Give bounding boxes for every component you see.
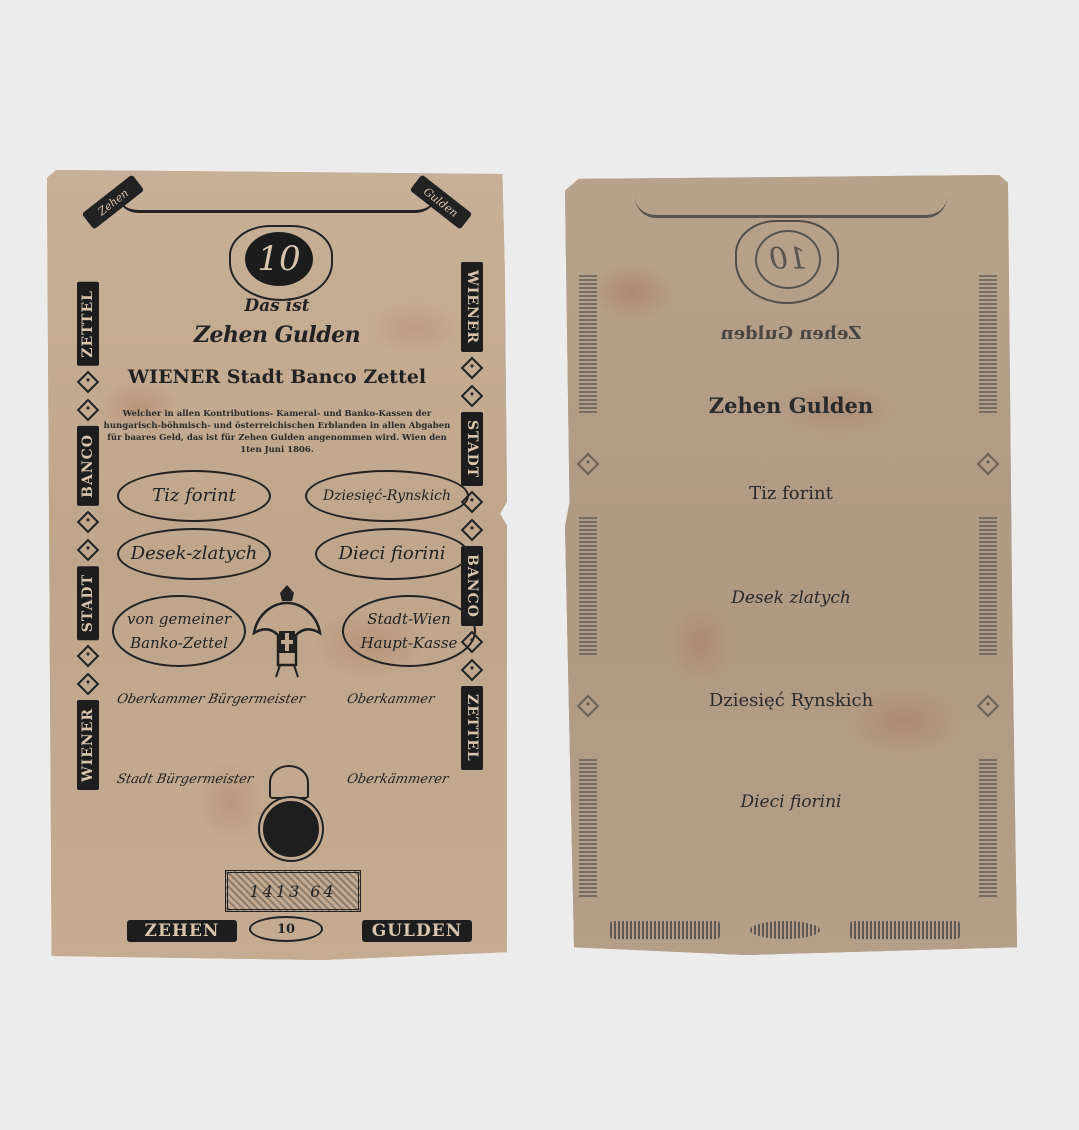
side-word: STADT: [461, 412, 483, 486]
diamond-ornament-icon: [77, 672, 100, 695]
left-border-band: [577, 255, 599, 915]
back-line-polish: Dziesięć Rynskich: [565, 690, 1017, 711]
mirrored-denomination: 10: [755, 230, 821, 289]
double-eagle-crest-icon: [252, 585, 322, 680]
bottom-label-left: ZEHEN: [127, 920, 237, 942]
border-bar: [579, 757, 597, 897]
diamond-ornament-icon: [77, 510, 100, 533]
bottom-band-left: [610, 921, 720, 939]
signature-1: Oberkammer Bürgermeister: [115, 690, 307, 710]
das-ist-text: Das ist: [47, 296, 507, 316]
oval-italian: Dieci fiorini: [315, 528, 469, 580]
diamond-ornament-icon: [461, 659, 484, 682]
border-bar: [579, 515, 597, 655]
diamond-ornament-icon: [461, 385, 484, 408]
diamond-ornament-icon: [77, 538, 100, 561]
back-line-hungarian: Tiz forint: [565, 483, 1017, 504]
back-line-czech: Desek zlatych: [565, 588, 1017, 608]
diamond-ornament-icon: [77, 644, 100, 667]
signature-4: Oberkämmerer: [345, 770, 450, 790]
bottom-band-center: [750, 921, 820, 939]
oval-czech: Desek-zlatych: [117, 528, 271, 580]
right-border-band: [977, 255, 999, 915]
show-through-text: Zehen Gulden: [565, 323, 1017, 344]
back-line-german: Zehen Gulden: [565, 393, 1017, 418]
bottom-label-right: GULDEN: [362, 920, 472, 942]
bottom-denomination: 10: [249, 916, 323, 942]
oval-polish: Dziesięć-Rynskich: [305, 470, 469, 522]
banknote-front: Zehen Gulden WIENER STADT BANCO ZETTEL W…: [47, 170, 507, 960]
legal-text: Welcher in allen Kontributions- Kameral-…: [97, 408, 457, 456]
value-words: Zehen Gulden: [47, 322, 507, 348]
top-scroll-ornament: [635, 197, 947, 218]
diamond-ornament-icon: [977, 453, 1000, 476]
banknote-back: 10 Zehen Gulden Zehen Gulden Tiz forint …: [565, 175, 1017, 955]
crown-icon: [269, 765, 309, 799]
oval-hungarian: Tiz forint: [117, 470, 271, 522]
note-title: WIENER Stadt Banco Zettel: [47, 366, 507, 388]
side-word: ZETTEL: [461, 686, 483, 770]
signature-2: Oberkammer: [345, 690, 436, 710]
oval-issuer-right: Stadt-Wien Haupt-Kasse: [342, 595, 476, 667]
side-word: WIENER: [77, 700, 99, 790]
denomination-numeral: 10: [245, 232, 313, 286]
side-word: BANCO: [77, 426, 99, 506]
oval-issuer-left: von gemeiner Banko-Zettel: [112, 595, 246, 667]
border-bar: [979, 515, 997, 655]
top-scroll-ornament: [117, 192, 437, 213]
side-word: STADT: [77, 566, 99, 640]
diamond-ornament-icon: [77, 398, 100, 421]
back-line-italian: Dieci fiorini: [565, 792, 1017, 812]
diamond-ornament-icon: [461, 519, 484, 542]
serial-number: 1413 64: [225, 870, 361, 912]
diamond-ornament-icon: [577, 453, 600, 476]
signature-3: Stadt Bürgermeister: [115, 770, 255, 790]
bottom-band-right: [850, 921, 960, 939]
lion-seal-icon: [260, 798, 322, 860]
border-bar: [979, 757, 997, 897]
left-border-band: WIENER STADT BANCO ZETTEL: [75, 280, 101, 792]
